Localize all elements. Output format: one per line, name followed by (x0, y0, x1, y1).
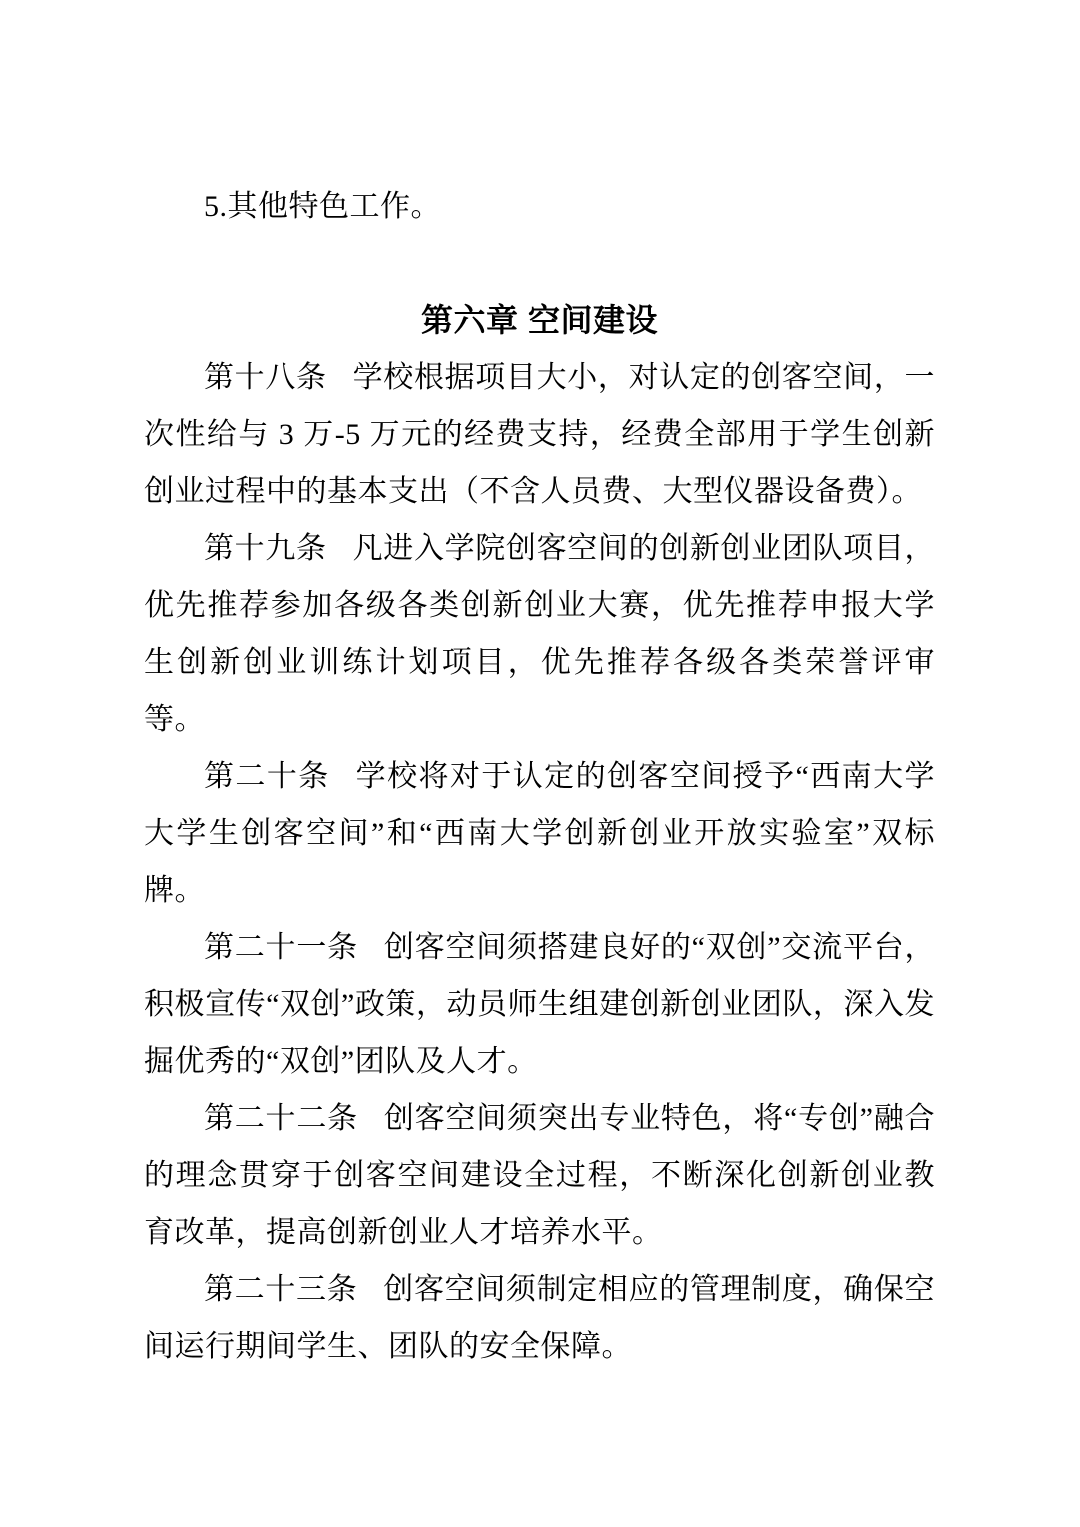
article-number: 第二十二条 (204, 1102, 358, 1135)
article-paragraph-22: 第二十二条创客空间须突出专业特色，将“专创”融合的理念贯穿于创客空间建设全过程，… (144, 1090, 935, 1261)
article-number: 第二十三条 (204, 1273, 357, 1306)
article-number: 第二十条 (204, 760, 330, 793)
article-paragraph-23: 第二十三条创客空间须制定相应的管理制度，确保空间运行期间学生、团队的安全保障。 (144, 1261, 935, 1375)
blank-line (144, 235, 935, 292)
list-item-5: 5.其他特色工作。 (144, 178, 935, 235)
article-number: 第二十一条 (204, 931, 358, 964)
article-number: 第十九条 (204, 532, 327, 565)
article-paragraph-21: 第二十一条创客空间须搭建良好的“双创”交流平台，积极宣传“双创”政策，动员师生组… (144, 919, 935, 1090)
chapter-heading: 第六章 空间建设 (144, 292, 935, 349)
article-paragraph-20: 第二十条学校将对于认定的创客空间授予“西南大学大学生创客空间”和“西南大学创新创… (144, 748, 935, 919)
article-paragraph-19: 第十九条凡进入学院创客空间的创新创业团队项目，优先推荐参加各级各类创新创业大赛，… (144, 520, 935, 748)
article-number: 第十八条 (204, 361, 327, 394)
list-item-text: 5.其他特色工作。 (204, 190, 441, 223)
document-page: 5.其他特色工作。 第六章 空间建设 第十八条学校根据项目大小，对认定的创客空间… (0, 0, 1080, 1527)
article-paragraph-18: 第十八条学校根据项目大小，对认定的创客空间，一次性给与 3 万-5 万元的经费支… (144, 349, 935, 520)
